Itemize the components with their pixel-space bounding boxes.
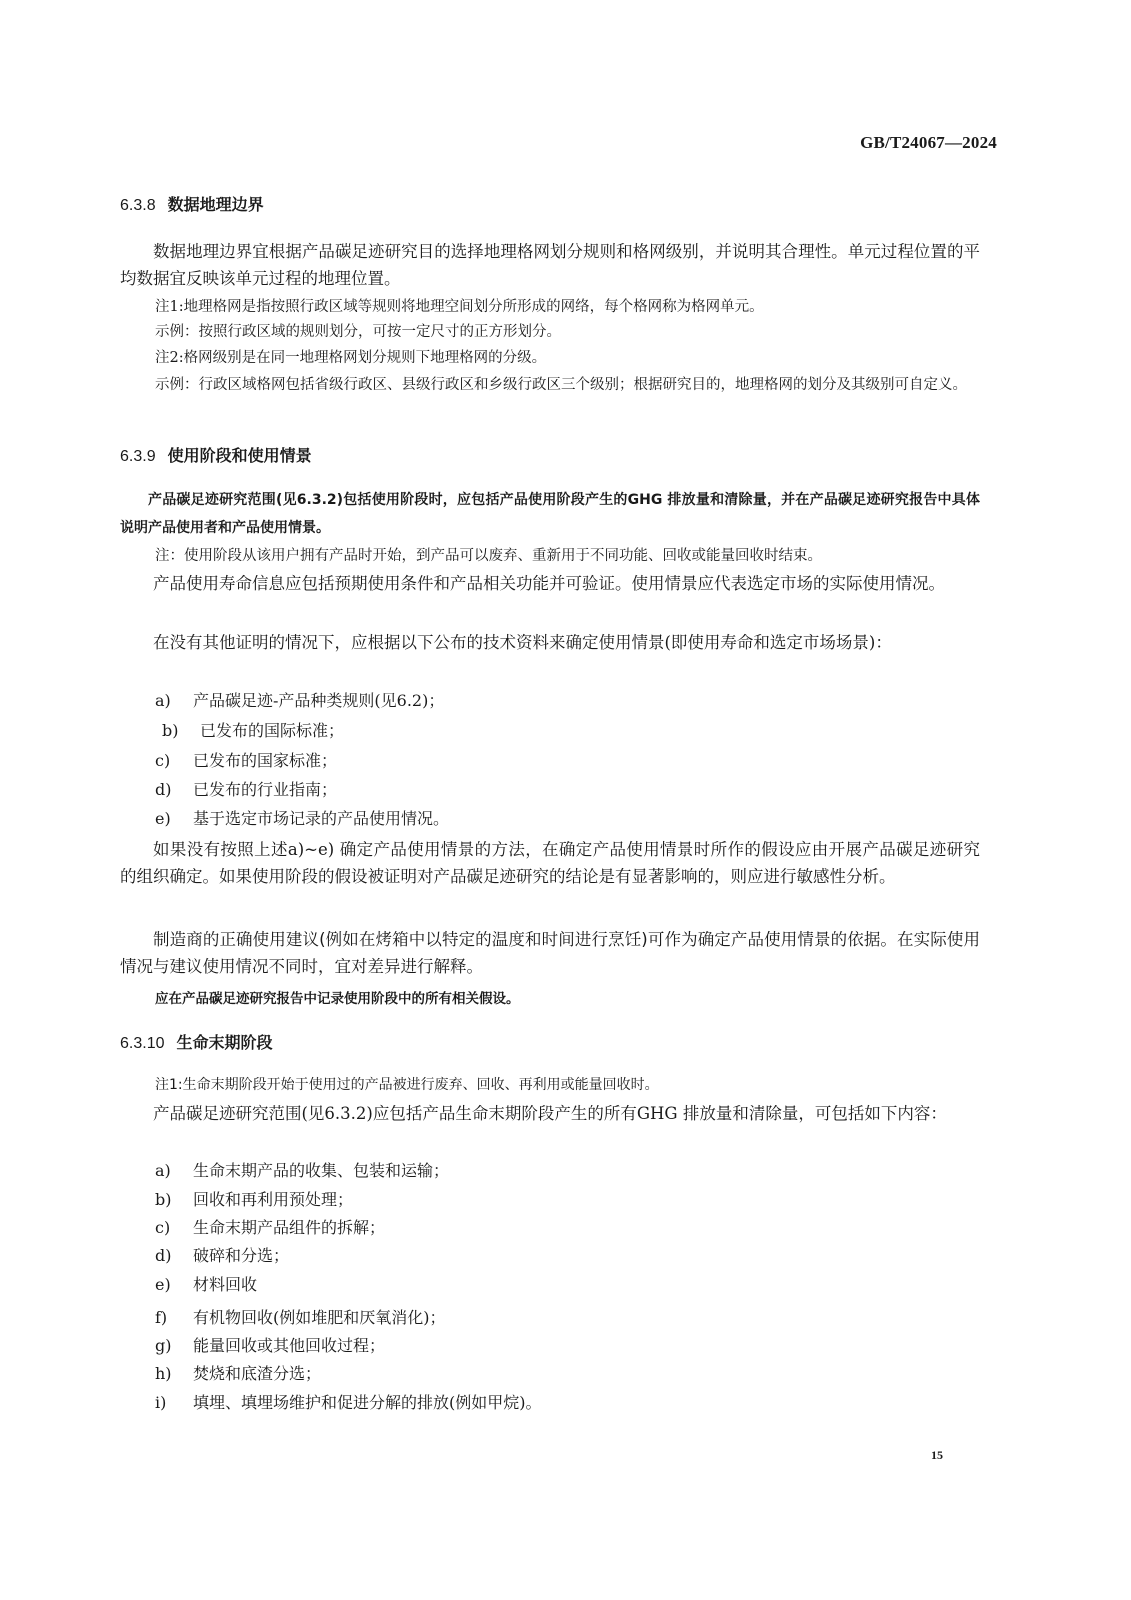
list-item: i)填埋、填埋场维护和促进分解的排放(例如甲烷)。 [155,1390,542,1413]
list-item: d)已发布的行业指南； [155,777,337,800]
section-title: 使用阶段和使用情景 [168,448,312,465]
section-number: 6.3.9 [120,448,156,465]
paragraph: 产品碳足迹研究范围(见6.3.2)应包括产品生命末期阶段产生的所有GHG 排放量… [120,1100,980,1127]
example: 示例：行政区域格网包括省级行政区、县级行政区和乡级行政区三个级别；根据研究目的，… [120,373,980,398]
note: 注2:格网级别是在同一地理格网划分规则下地理格网的分级。 [155,346,985,371]
note: 注1:生命末期阶段开始于使用过的产品被进行废弃、回收、再利用或能量回收时。 [155,1073,985,1098]
list-item: e)材料回收 [155,1272,257,1295]
section-heading-6-3-9: 6.3.9使用阶段和使用情景 [120,443,312,466]
list-item: a)生命末期产品的收集、包装和运输； [155,1158,449,1181]
section-heading-6-3-8: 6.3.8数据地理边界 [120,192,264,215]
list-item: d)破碎和分选； [155,1243,289,1266]
paragraph: 在没有其他证明的情况下，应根据以下公布的技术资料来确定使用情景(即使用寿命和选定… [120,629,980,656]
document-page: GB/T24067—2024 6.3.8数据地理边界 数据地理边界宜根据产品碳足… [0,0,1131,1600]
standard-code: GB/T24067—2024 [860,133,997,153]
list-item: f)有机物回收(例如堆肥和厌氧消化)； [155,1305,446,1328]
list-item: b)已发布的国际标准； [162,718,344,741]
paragraph: 产品碳足迹研究范围(见6.3.2)包括使用阶段时，应包括产品使用阶段产生的GHG… [120,486,980,542]
section-number: 6.3.10 [120,1035,164,1052]
paragraph: 制造商的正确使用建议(例如在烤箱中以特定的温度和时间进行烹饪)可作为确定产品使用… [120,926,980,980]
list-item: c)已发布的国家标准； [155,748,337,771]
list-item: h)焚烧和底渣分选； [155,1361,321,1384]
list-item: e)基于选定市场记录的产品使用情况。 [155,806,449,829]
note: 注1:地理格网是指按照行政区域等规则将地理空间划分所形成的网络，每个格网称为格网… [155,295,985,320]
list-item: a)产品碳足迹-产品种类规则(见6.2)； [155,688,444,711]
paragraph: 产品使用寿命信息应包括预期使用条件和产品相关功能并可验证。使用情景应代表选定市场… [120,570,980,597]
example: 示例：按照行政区域的规则划分，可按一定尺寸的正方形划分。 [155,320,985,345]
paragraph: 如果没有按照上述a)~e) 确定产品使用情景的方法，在确定产品使用情景时所作的假… [120,836,980,890]
paragraph: 应在产品碳足迹研究报告中记录使用阶段中的所有相关假设。 [155,987,985,1012]
list-item: g)能量回收或其他回收过程； [155,1333,385,1356]
list-item: c)生命末期产品组件的拆解； [155,1215,385,1238]
page-number: 15 [931,1448,943,1463]
note: 注：使用阶段从该用户拥有产品时开始，到产品可以废弃、重新用于不同功能、回收或能量… [155,544,985,569]
section-title: 生命末期阶段 [176,1035,272,1052]
section-heading-6-3-10: 6.3.10生命末期阶段 [120,1030,273,1053]
list-item: b)回收和再利用预处理； [155,1187,353,1210]
paragraph: 数据地理边界宜根据产品碳足迹研究目的选择地理格网划分规则和格网级别，并说明其合理… [120,238,980,292]
section-title: 数据地理边界 [168,197,264,214]
section-number: 6.3.8 [120,197,156,214]
